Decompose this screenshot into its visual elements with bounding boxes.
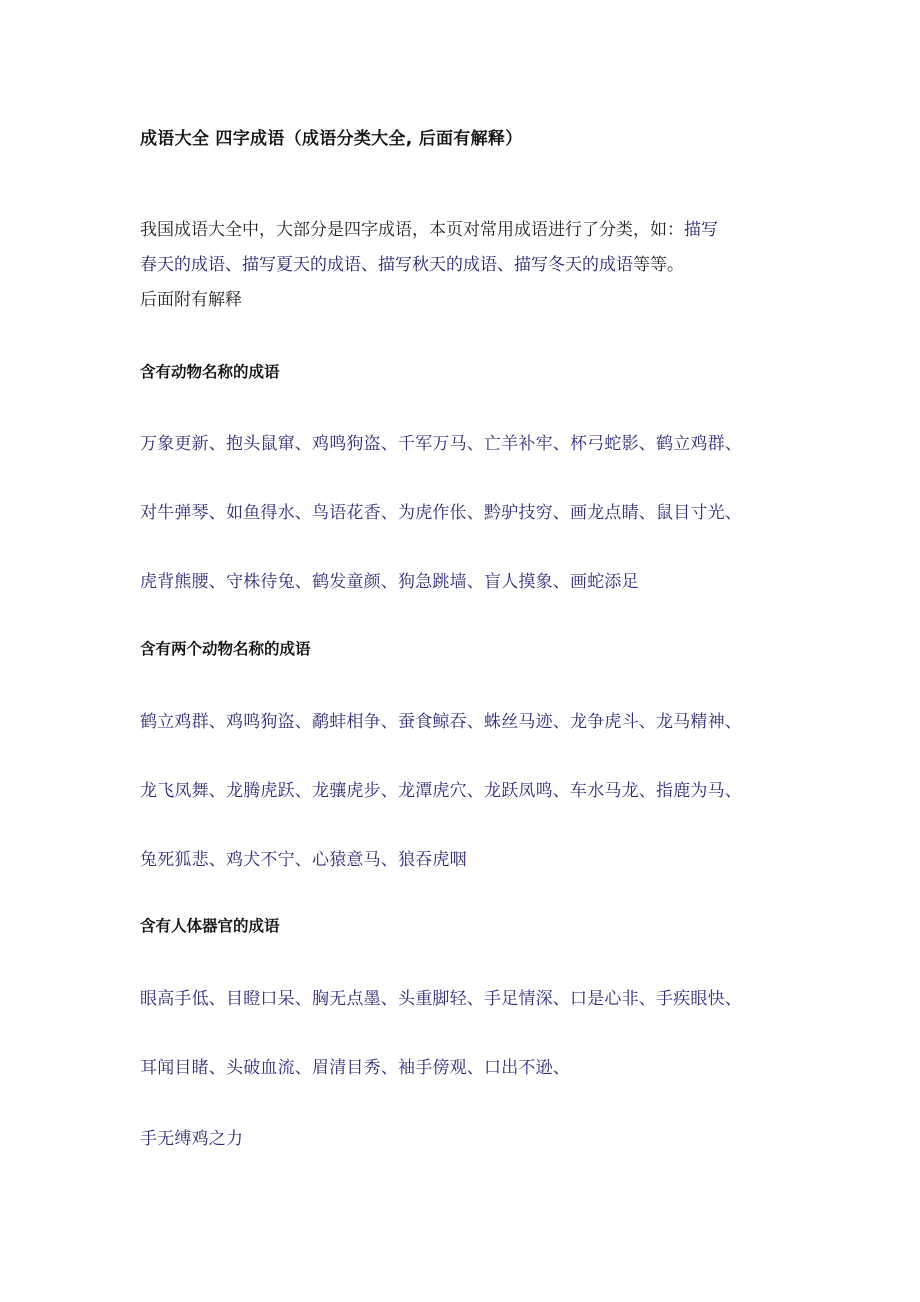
idiom-line: 虎背熊腰、守株待兔、鹤发童颜、狗急跳墙、盲人摸象、画蛇添足: [140, 567, 639, 592]
section-heading-body-parts: 含有人体器官的成语: [140, 914, 280, 936]
idiom-line: 耳闻目睹、头破血流、眉清目秀、袖手傍观、口出不逊、: [140, 1053, 570, 1078]
idiom-line: 对牛弹琴、如鱼得水、鸟语花香、为虎作伥、黔驴技穷、画龙点睛、鼠目寸光、: [140, 498, 742, 523]
idiom-line: 兔死狐悲、鸡犬不宁、心猿意马、狼吞虎咽: [140, 845, 467, 870]
idiom-line: 龙飞凤舞、龙腾虎跃、龙骧虎步、龙潭虎穴、龙跃凤鸣、车水马龙、指鹿为马、: [140, 776, 742, 801]
intro-text: 我国成语大全中，大部分是四字成语，本页对常用成语进行了分类，如：: [140, 220, 684, 240]
intro-text-end: 等等。: [633, 255, 684, 275]
link-describe[interactable]: 描写: [684, 220, 718, 240]
idiom-line: 鹤立鸡群、鸡鸣狗盗、鹬蚌相争、蚕食鲸吞、蛛丝马迹、龙争虎斗、龙马精神、: [140, 707, 742, 732]
intro-line-3: 后面附有解释: [140, 290, 242, 310]
intro-line-1: 我国成语大全中，大部分是四字成语，本页对常用成语进行了分类，如：描写: [140, 220, 718, 240]
idiom-line: 眼高手低、目瞪口呆、胸无点墨、头重脚轻、手足情深、口是心非、手疾眼快、: [140, 984, 742, 1009]
idiom-line: 手无缚鸡之力: [140, 1124, 243, 1149]
page-title: 成语大全 四字成语（成语分类大全, 后面有解释）: [140, 124, 523, 149]
link-season-idioms[interactable]: 春天的成语、描写夏天的成语、描写秋天的成语、描写冬天的成语: [140, 255, 633, 275]
section-heading-animals: 含有动物名称的成语: [140, 360, 280, 382]
section-heading-two-animals: 含有两个动物名称的成语: [140, 637, 311, 659]
idiom-line: 万象更新、抱头鼠窜、鸡鸣狗盗、千军万马、亡羊补牢、杯弓蛇影、鹤立鸡群、: [140, 429, 742, 454]
intro-line-2: 春天的成语、描写夏天的成语、描写秋天的成语、描写冬天的成语等等。: [140, 255, 684, 275]
